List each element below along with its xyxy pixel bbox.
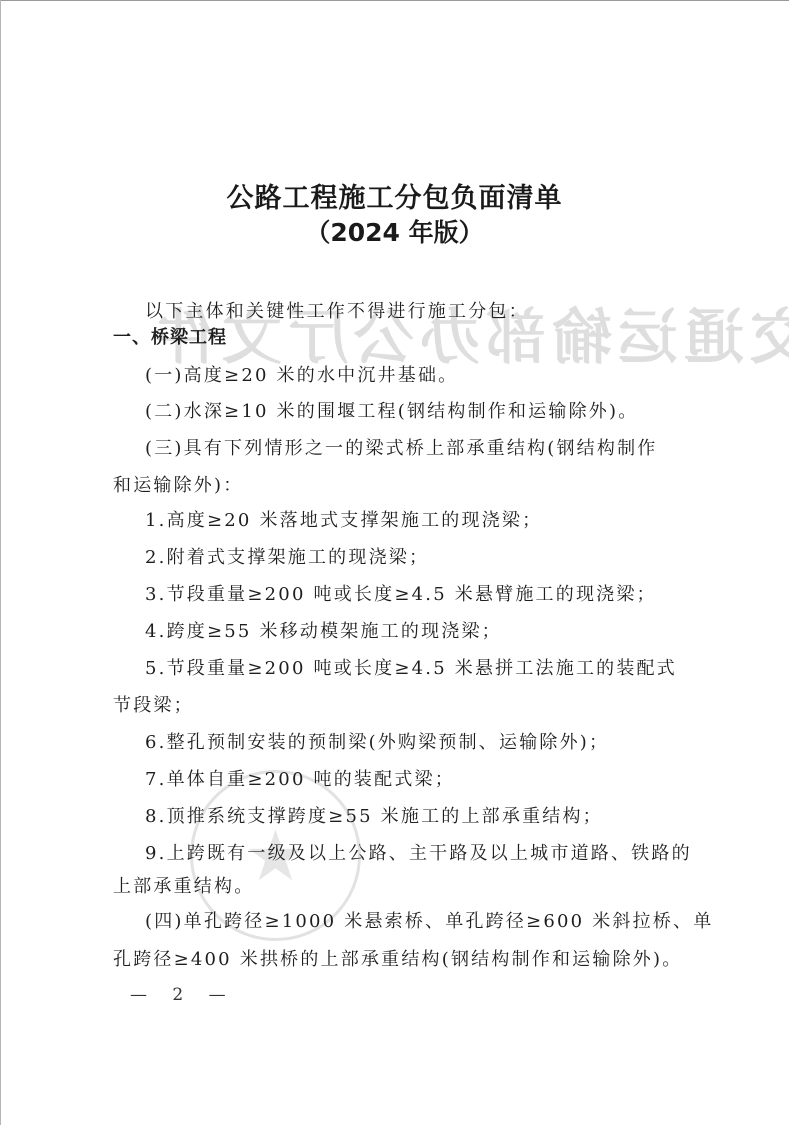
body-line: 2.附着式支撑架施工的现浇梁；	[145, 546, 429, 570]
body-line: 7.单体自重≥200 吨的装配式梁；	[145, 768, 455, 792]
document-subtitle: （2024 年版）	[0, 213, 789, 249]
body-line: 6.整孔预制安装的预制梁(外购梁预制、运输除外)；	[145, 731, 609, 755]
body-line: (二)水深≥10 米的围堰工程(钢结构制作和运输除外)。	[145, 400, 638, 424]
body-line: (一)高度≥20 米的水中沉井基础。	[145, 364, 458, 388]
body-line: 9.上跨既有一级及以上公路、主干路及以上城市道路、铁路的	[145, 842, 692, 866]
body-line: 上部承重结构。	[113, 875, 254, 899]
body-line: 1.高度≥20 米落地式支撑架施工的现浇梁；	[145, 509, 542, 533]
page-number: — 2 —	[130, 985, 236, 1005]
document-title: 公路工程施工分包负面清单	[0, 176, 789, 215]
page-edge-left	[0, 0, 1, 1125]
body-line: 和运输除外)：	[113, 474, 243, 498]
section-heading: 一、桥梁工程	[113, 326, 227, 350]
body-line: 4.跨度≥55 米移动模架施工的现浇梁；	[145, 620, 502, 644]
body-line: (四)单孔跨径≥1000 米悬索桥、单孔跨径≥600 米斜拉桥、单	[145, 910, 713, 934]
body-line: 孔跨径≥400 米拱桥的上部承重结构(钢结构制作和运输除外)。	[113, 948, 682, 972]
intro-text: 以下主体和关键性工作不得进行施工分包：	[145, 300, 529, 324]
page-edge-top	[0, 0, 789, 1]
body-line: 8.顶推系统支撑跨度≥55 米施工的上部承重结构；	[145, 805, 603, 829]
body-line: (三)具有下列情形之一的梁式桥上部承重结构(钢结构制作	[145, 437, 657, 461]
body-line: 3.节段重量≥200 吨或长度≥4.5 米悬臂施工的现浇梁；	[145, 583, 657, 607]
body-line: 节段梁；	[113, 694, 194, 718]
body-line: 5.节段重量≥200 吨或长度≥4.5 米悬拼工法施工的装配式	[145, 657, 677, 681]
